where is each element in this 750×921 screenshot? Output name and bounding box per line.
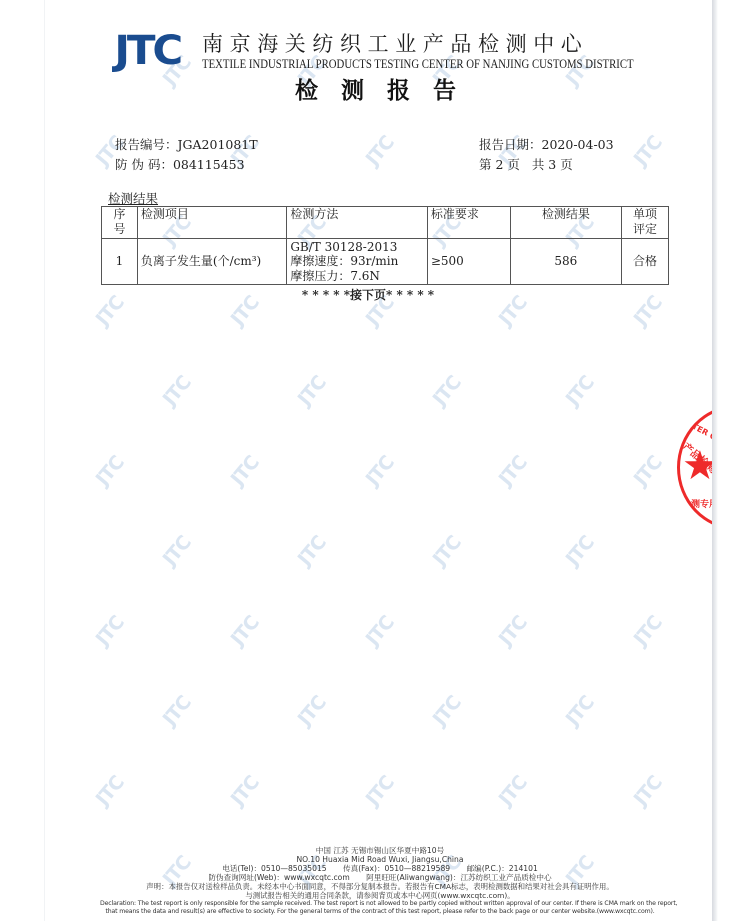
org-name-cn: 南京海关纺织工业产品检测中心 bbox=[202, 31, 642, 57]
footer-fax: 传真(Fax)：0510—88219589 bbox=[343, 864, 450, 873]
document-title: 检测报告 bbox=[0, 76, 750, 106]
footer-statement-cn-1: 声明：本报告仅对送检样品负责。未经本中心书面同意，不得部分复制本报告。若报告有C… bbox=[100, 882, 660, 891]
footer-declaration-en-2: that means the data and result(s) are ef… bbox=[100, 908, 660, 916]
col-header-evaluation: 单项 评定 bbox=[622, 207, 669, 239]
col-header-method: 检测方法 bbox=[287, 207, 428, 239]
seal-ring: ENTER OF N 业产品检测中心 ★ 检测专用章 2) bbox=[677, 405, 712, 530]
page-info: 第 2 页 共 3 页 bbox=[479, 157, 573, 173]
page-edge-shadow bbox=[712, 0, 718, 921]
official-seal: ENTER OF N 业产品检测中心 ★ 检测专用章 2) bbox=[677, 400, 712, 535]
table-header-row: 序 号 检测项目 检测方法 标准要求 检测结果 单项 评定 bbox=[102, 207, 669, 239]
col-header-item: 检测项目 bbox=[137, 207, 286, 239]
cell-method: GB/T 30128-2013 摩擦速度：93r/min 摩擦压力：7.6N bbox=[287, 239, 428, 285]
cell-result: 586 bbox=[510, 239, 622, 285]
footer-web: 防伪查询网址(Web)：www.wxcqtc.com bbox=[208, 873, 349, 882]
report-number: 报告编号：JGA201081T bbox=[115, 137, 258, 153]
table-row: 1 负离子发生量(个/cm³) GB/T 30128-2013 摩擦速度：93r… bbox=[102, 239, 669, 285]
report-date-label: 报告日期： bbox=[479, 137, 542, 152]
cell-standard: ≥500 bbox=[427, 239, 510, 285]
org-name-en: TEXTILE INDUSTRIAL PRODUCTS TESTING CENT… bbox=[202, 57, 580, 71]
footer-tel: 电话(Tel)：0510—85035015 bbox=[222, 864, 326, 873]
jtc-logo: JTC bbox=[114, 33, 180, 69]
report-number-label: 报告编号： bbox=[115, 137, 178, 152]
anti-fake-code-value: 084115453 bbox=[173, 157, 245, 172]
report-date-value: 2020-04-03 bbox=[542, 137, 614, 152]
footer-address-en: NO.10 Huaxia Mid Road Wuxi, Jiangsu,Chin… bbox=[100, 855, 660, 864]
footer-aliwangwang: 阿里旺旺(Aliwangwang)：江苏纺织工业产品质检中心 bbox=[366, 873, 551, 882]
continued-next-page: * * * * *接下页* * * * * bbox=[0, 288, 750, 302]
col-header-result: 检测结果 bbox=[510, 207, 622, 239]
footer-web-line: 防伪查询网址(Web)：www.wxcqtc.com 阿里旺旺(Aliwangw… bbox=[100, 873, 660, 882]
anti-fake-code: 防 伪 码：084115453 bbox=[115, 157, 245, 173]
report-number-value: JGA201081T bbox=[178, 137, 258, 152]
col-header-standard: 标准要求 bbox=[427, 207, 510, 239]
method-pressure: 摩擦压力：7.6N bbox=[290, 269, 424, 284]
report-date: 报告日期：2020-04-03 bbox=[479, 137, 614, 153]
col-header-eval-line2: 评定 bbox=[633, 222, 657, 236]
cell-evaluation: 合格 bbox=[622, 239, 669, 285]
method-standard: GB/T 30128-2013 bbox=[290, 240, 424, 255]
seal-star-icon: ★ bbox=[682, 446, 712, 486]
cell-item: 负离子发生量(个/cm³) bbox=[137, 239, 286, 285]
footer-contacts: 电话(Tel)：0510—85035015 传真(Fax)：0510—88219… bbox=[100, 864, 660, 873]
anti-fake-code-label: 防 伪 码： bbox=[115, 157, 173, 172]
results-table: 序 号 检测项目 检测方法 标准要求 检测结果 单项 评定 1 负离子发生量(个… bbox=[101, 206, 669, 285]
footer-postcode: 邮编(P.C.)：214101 bbox=[467, 864, 538, 873]
col-header-seq: 序 号 bbox=[102, 207, 138, 239]
footer-declaration-en-1: Declaration: The test report is only res… bbox=[100, 900, 660, 908]
col-header-eval-line1: 单项 bbox=[633, 207, 657, 221]
seal-text-bottom-2: 2) bbox=[682, 511, 692, 521]
seal-text-bottom-1: 检测专用章 bbox=[682, 500, 712, 510]
method-speed: 摩擦速度：93r/min bbox=[290, 254, 424, 269]
col-header-seq-line2: 号 bbox=[113, 222, 125, 236]
results-section-title: 检测结果 bbox=[108, 191, 158, 206]
cell-seq: 1 bbox=[102, 239, 138, 285]
col-header-seq-line1: 序 bbox=[113, 207, 125, 221]
document-footer: 中国 江苏 无锡市锡山区华夏中路10号 NO.10 Huaxia Mid Roa… bbox=[100, 846, 660, 915]
footer-statement-cn-2: 与测试报告相关的通用合同条款，请参阅背页或本中心网页(www.wxcqtc.co… bbox=[100, 891, 660, 900]
seal-text-bottom: 检测专用章 2) bbox=[682, 500, 712, 522]
footer-address-cn: 中国 江苏 无锡市锡山区华夏中路10号 bbox=[100, 846, 660, 855]
